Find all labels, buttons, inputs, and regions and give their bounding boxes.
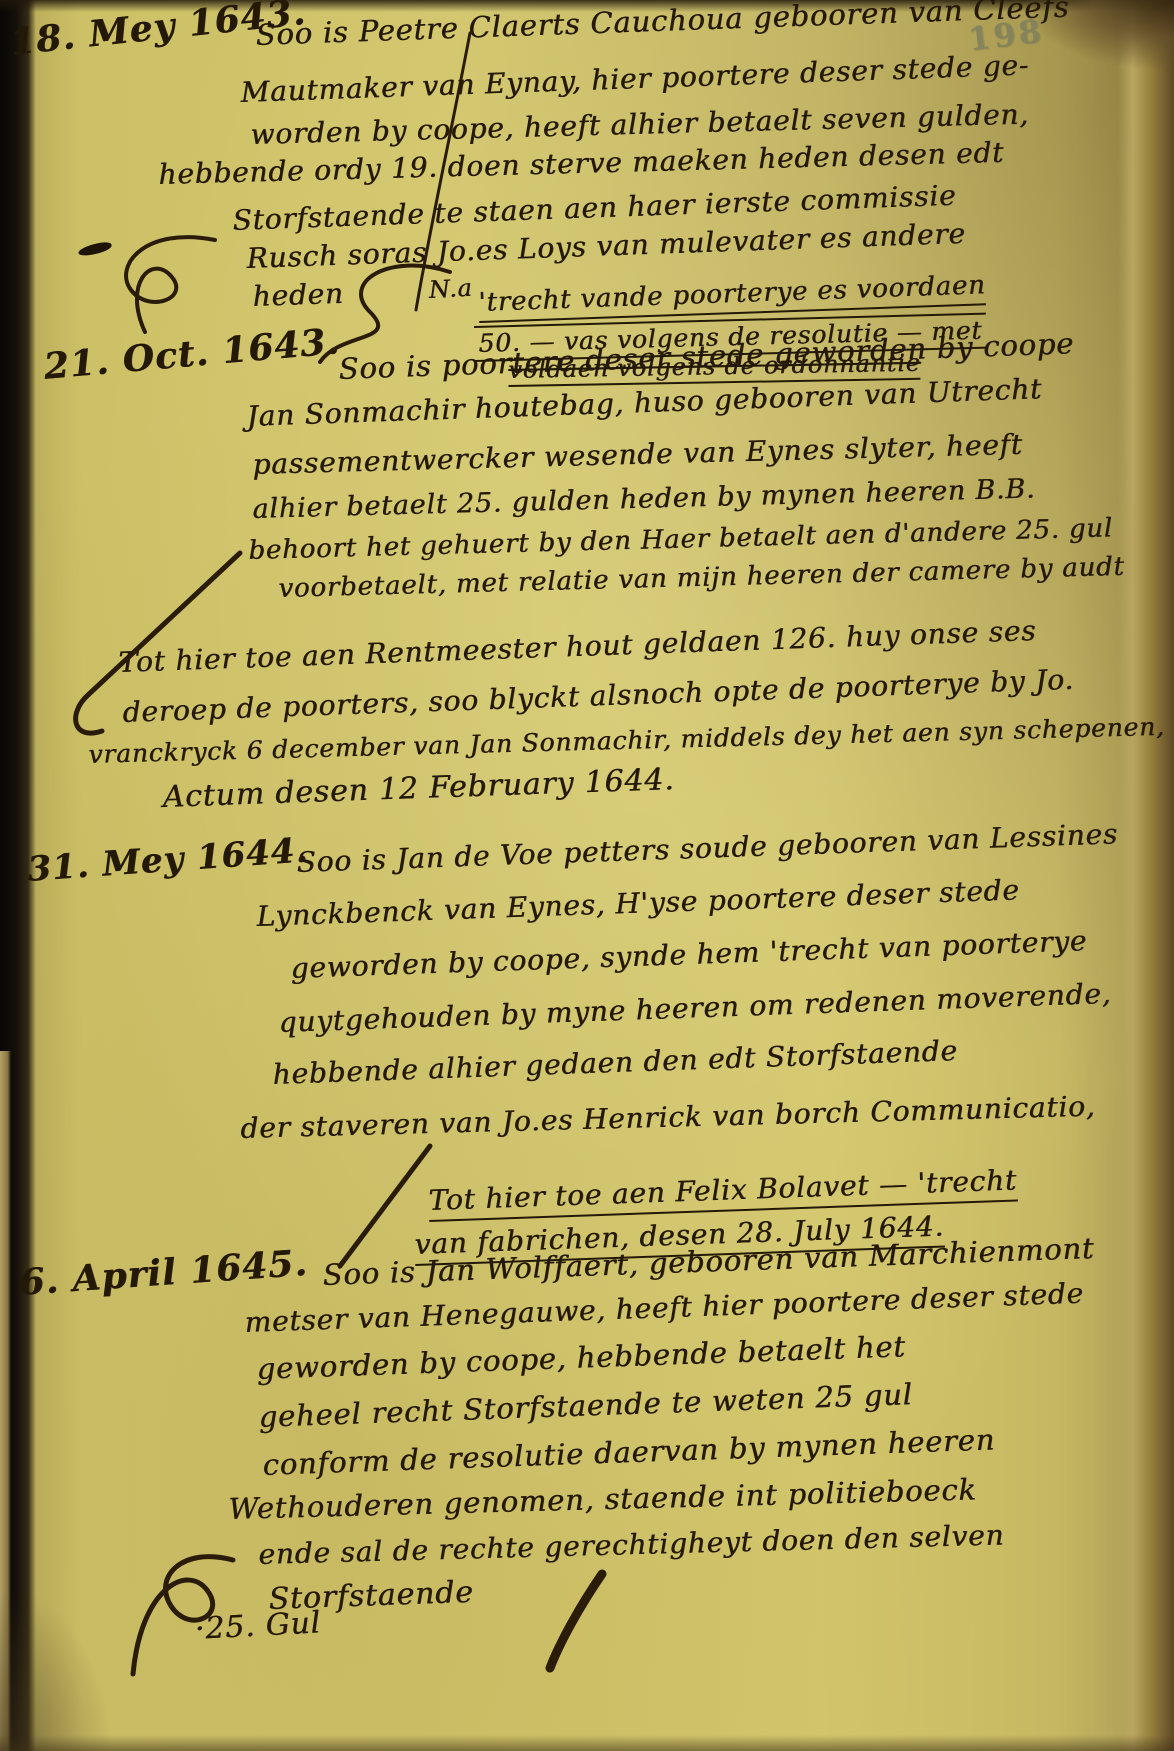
lead-slash-paragraph-1644: [58, 545, 248, 745]
paraph-flourish-bottom-left: [115, 1548, 265, 1688]
paraph-flourish-entry-1: [105, 232, 225, 342]
corner-shadow-bottom-left: [0, 1591, 110, 1751]
page-edge-right: [1118, 0, 1174, 1751]
manuscript-scan: 198 18. Mey 1643. Soo is Peetre Claerts …: [0, 0, 1174, 1751]
curl-flourish-entry-2: [300, 252, 480, 372]
lead-slash-note-1644: [318, 1140, 438, 1280]
page-edge-bottom: [0, 1735, 1174, 1751]
heavy-ink-hook-bottom: [536, 1566, 616, 1676]
